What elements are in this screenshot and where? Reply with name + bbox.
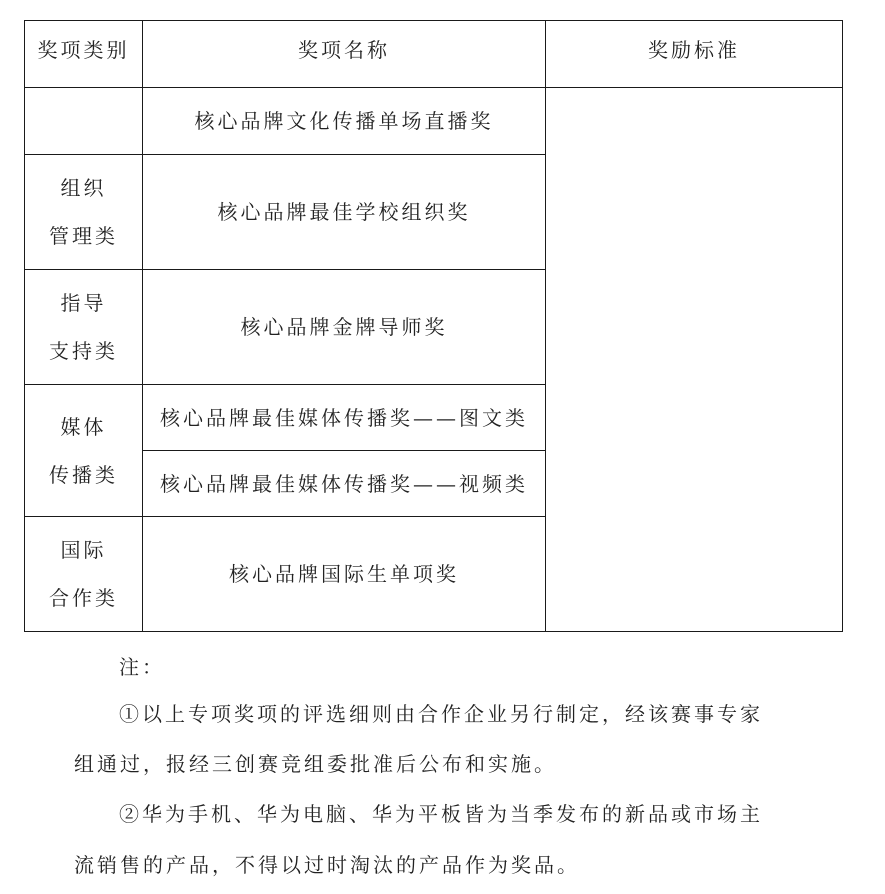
category-line: 管理类 [49,224,118,248]
category-cell: 国际合作类 [25,517,143,632]
award-cell: 核心品牌最佳媒体传播奖——图文类 [143,385,546,451]
reward-standard-cell [546,88,843,632]
notes-title: 注： [119,652,165,682]
award-cell: 核心品牌国际生单项奖 [143,517,546,632]
header-award-name-label: 奖项名称 [143,21,545,65]
category-cell: 媒体传播类 [25,385,143,517]
award-cell: 核心品牌最佳学校组织奖 [143,155,546,270]
category-line: 指导 [61,291,107,315]
note-2-line-1: ②华为手机、华为电脑、华为平板皆为当季发布的新品或市场主 [119,799,763,829]
header-reward-standard: 奖励标准 [546,21,843,88]
note-1-line-2: 组通过，报经三创赛竞组委批准后公布和实施。 [74,749,557,779]
category-cell [25,88,143,155]
category-line: 组织 [61,176,107,200]
table-row: 核心品牌文化传播单场直播奖 [25,88,843,155]
header-award-name: 奖项名称 [143,21,546,88]
award-cell: 核心品牌文化传播单场直播奖 [143,88,546,155]
note-2-line-2: 流销售的产品，不得以过时淘汰的产品作为奖品。 [74,850,580,880]
header-reward-standard-label: 奖励标准 [546,21,842,65]
category-cell: 指导支持类 [25,270,143,385]
category-line: 传播类 [49,463,118,487]
award-cell: 核心品牌最佳媒体传播奖——视频类 [143,451,546,517]
note-1-line-1: ①以上专项奖项的评选细则由合作企业另行制定，经该赛事专家 [119,699,763,729]
category-line: 国际 [61,538,107,562]
header-category-label: 奖项类别 [25,21,142,65]
header-category: 奖项类别 [25,21,143,88]
award-cell: 核心品牌金牌导师奖 [143,270,546,385]
category-line: 支持类 [49,339,118,363]
category-line: 合作类 [49,586,118,610]
category-cell: 组织管理类 [25,155,143,270]
category-line: 媒体 [61,415,107,439]
awards-table: 奖项类别 奖项名称 奖励标准 核心品牌文化传播单场直播奖 组织管理类 核心品牌最… [24,20,843,632]
table-header-row: 奖项类别 奖项名称 奖励标准 [25,21,843,88]
